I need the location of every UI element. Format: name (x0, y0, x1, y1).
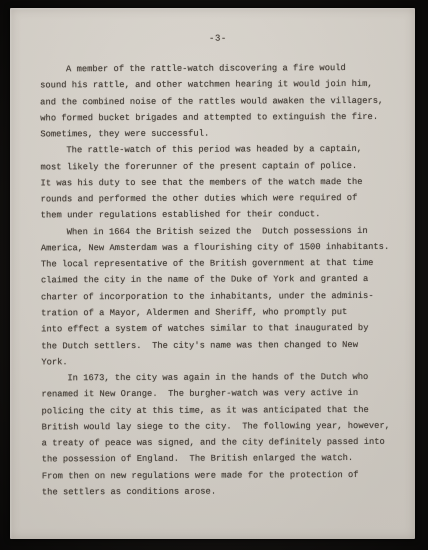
text-line: a treaty of peace was signed, and the ci… (42, 434, 402, 452)
text-line: York. (41, 353, 401, 371)
text-line: A member of the rattle-watch discovering… (40, 60, 400, 78)
text-line: Sometimes, they were successful. (40, 125, 400, 143)
paragraph-new-orange: In 1673, the city was again in the hands… (41, 369, 402, 501)
text-line: It was his duty to see that the members … (40, 174, 400, 192)
text-line: the settlers as conditions arose. (42, 483, 402, 501)
text-line: tration of a Mayor, Aldermen and Sheriff… (41, 304, 401, 322)
page-number: -3- (40, 30, 396, 48)
text-line: rounds and performed the other duties wh… (41, 190, 401, 208)
document-page: -3- A member of the rattle-watch discove… (10, 8, 415, 539)
text-line: the Dutch settlers. The city's name was … (41, 336, 401, 354)
text-line: claimed the city in the name of the Duke… (41, 271, 401, 289)
text-line: them under regulations established for t… (41, 206, 401, 224)
text-line: The rattle-watch of this period was head… (40, 141, 400, 159)
text-line: British would lay siege to the city. The… (42, 418, 402, 436)
text-line: sound his rattle, and other watchmen hea… (40, 76, 400, 94)
text-line: The local representative of the British … (41, 255, 401, 273)
text-line: renamed it New Orange. The burgher-watch… (41, 385, 401, 403)
paragraph-british-seizure: When in 1664 the British seized the Dutc… (41, 222, 402, 370)
text-line: policing the city at this time, as it wa… (41, 401, 401, 419)
text-line: into effect a system of watches similar … (41, 320, 401, 338)
text-line: In 1673, the city was again in the hands… (41, 369, 401, 387)
page-body: A member of the rattle-watch discovering… (40, 60, 402, 501)
text-line: When in 1664 the British seized the Dutc… (41, 222, 401, 240)
text-line: charter of incorporation to the inhabita… (41, 288, 401, 306)
paragraph-rattle-watch-fire: A member of the rattle-watch discovering… (40, 60, 400, 143)
text-line: America, New Amsterdam was a flourishing… (41, 239, 401, 257)
text-line: and the combined noise of the rattles wo… (40, 92, 400, 110)
text-line: the possession of England. The British e… (42, 450, 402, 468)
text-line: From then on new regulations were made f… (42, 466, 402, 484)
paragraph-captain: The rattle-watch of this period was head… (40, 141, 400, 224)
text-line: who formed bucket brigades and attempted… (40, 109, 400, 127)
text-line: most likely the forerunner of the presen… (40, 157, 400, 175)
page-content: -3- A member of the rattle-watch discove… (10, 8, 417, 541)
